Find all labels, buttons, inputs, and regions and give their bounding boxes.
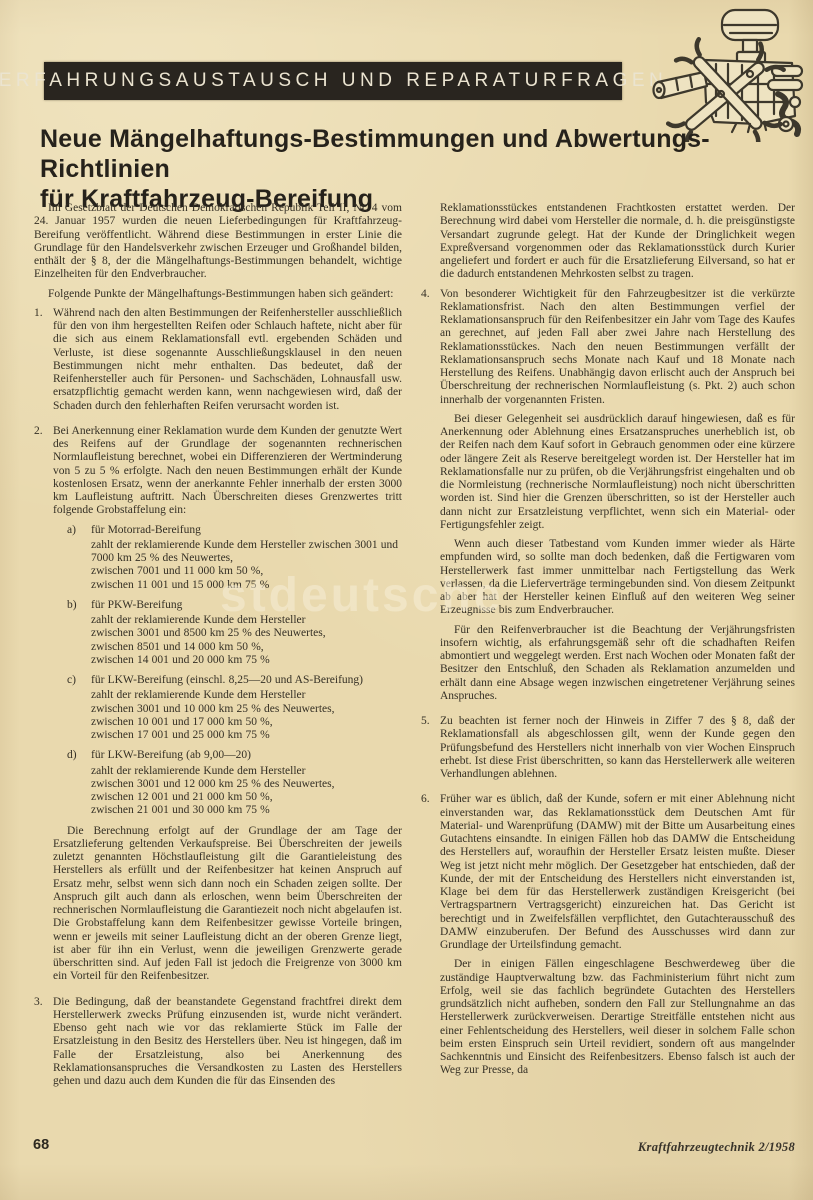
sub-item-a-body: für Motorrad-Bereifung zahlt der reklami… [91, 524, 402, 592]
list-number-5: 5. [421, 715, 440, 787]
list-item-2-body: Bei Anerkennung einer Reklamation wurde … [53, 425, 402, 990]
consumer-paragraph: Für den Reifenverbraucher ist die Beacht… [440, 624, 795, 704]
sub-item-a: a) für Motorrad-Bereifung zahlt der rekl… [67, 524, 402, 592]
list-item-1: 1. Während nach den alten Bestimmungen d… [34, 307, 402, 419]
list-item-3-body: Die Bedingung, daß der beanstandete Gege… [53, 996, 402, 1095]
sub-item-b: b) für PKW-Bereifung zahlt der reklamier… [67, 599, 402, 667]
list-item-4: 4. Von besonderer Wichtigkeit für den Fa… [421, 288, 795, 710]
tariff-line: zahlt der reklamierende Kunde dem Herste… [91, 765, 402, 778]
calculation-paragraph: Die Berechnung erfolgt auf der Grundlage… [53, 825, 402, 984]
section-banner: ERFAHRUNGSAUSTAUSCH UND REPARATURFRAGEN [44, 62, 622, 100]
article-title: Neue Mängelhaftungs-Bestimmungen und Abw… [40, 124, 740, 214]
tariff-line: zwischen 12 001 und 21 000 km 50 %, [91, 791, 402, 804]
sub-item-c: c) für LKW-Bereifung (einschl. 8,25—20 u… [67, 674, 402, 742]
tariff-line: zwischen 3001 und 10 000 km 25 % des Neu… [91, 703, 402, 716]
tariff-line: zwischen 11 001 und 15 000 km 75 % [91, 579, 402, 592]
complaint-route-paragraph: Der in einigen Fällen eingeschlagene Bes… [440, 958, 795, 1077]
sub-item-d: d) für LKW-Bereifung (ab 9,00—20) zahlt … [67, 749, 402, 817]
sub-item-c-body: für LKW-Bereifung (einschl. 8,25—20 und … [91, 674, 402, 742]
sub-item-d-body: für LKW-Bereifung (ab 9,00—20) zahlt der… [91, 749, 402, 817]
continuation-paragraph: Reklamationsstückes entstandenen Frachtk… [440, 202, 795, 282]
list-number-6: 6. [421, 793, 440, 1083]
sub-item-d-label: d) [67, 749, 91, 817]
list-item-1-body: Während nach den alten Bestimmungen der … [53, 307, 402, 419]
occasion-paragraph: Bei dieser Gelegenheit sei ausdrücklich … [440, 413, 795, 532]
list-item-4-text: Von besonderer Wichtigkeit für den Fahrz… [440, 288, 795, 407]
tariff-line: zwischen 7001 und 11 000 km 50 %, [91, 565, 402, 578]
list-item-3-text: Die Bedingung, daß der beanstandete Gege… [53, 996, 402, 1089]
tariff-line: zwischen 10 001 und 17 000 km 50 %, [91, 716, 402, 729]
changed-points-paragraph: Folgende Punkte der Mängelhaftungs-Besti… [34, 288, 402, 301]
intro-paragraph: Im Gesetzblatt der Deutschen Demokratisc… [34, 202, 402, 282]
list-item-2: 2. Bei Anerkennung einer Reklamation wur… [34, 425, 402, 990]
list-item-1-text: Während nach den alten Bestimmungen der … [53, 307, 402, 413]
tariff-line: zwischen 3001 und 8500 km 25 % des Neuwe… [91, 627, 402, 640]
journal-footer: Kraftfahrzeugtechnik 2/1958 [638, 1140, 795, 1155]
sub-item-c-label: c) [67, 674, 91, 742]
left-column: Im Gesetzblatt der Deutschen Demokratisc… [34, 202, 402, 1150]
hardship-paragraph: Wenn auch dieser Tatbestand vom Kunden i… [440, 538, 795, 618]
right-column: Reklamationsstückes entstandenen Frachtk… [421, 202, 795, 1150]
tariff-line: zwischen 21 001 und 30 000 km 75 % [91, 804, 402, 817]
list-number-2: 2. [34, 425, 53, 990]
sub-item-b-heading: für PKW-Bereifung [91, 599, 402, 612]
list-item-6-text: Früher war es üblich, daß der Kunde, sof… [440, 793, 795, 952]
section-banner-text: ERFAHRUNGSAUSTAUSCH UND REPARATURFRAGEN [0, 70, 667, 92]
article-title-line1: Neue Mängelhaftungs-Bestimmungen und Abw… [40, 124, 740, 184]
sub-item-d-heading: für LKW-Bereifung (ab 9,00—20) [91, 749, 402, 762]
list-item-4-body: Von besonderer Wichtigkeit für den Fahrz… [440, 288, 795, 710]
sub-item-b-label: b) [67, 599, 91, 667]
page-number: 68 [33, 1137, 49, 1153]
list-item-6-body: Früher war es üblich, daß der Kunde, sof… [440, 793, 795, 1083]
tariff-line: zahlt der reklamierende Kunde dem Herste… [91, 539, 402, 566]
list-number-4: 4. [421, 288, 440, 710]
tariff-line: zwischen 3001 und 12 000 km 25 % des Neu… [91, 778, 402, 791]
list-item-2-text: Bei Anerkennung einer Reklamation wurde … [53, 425, 402, 518]
tariff-line: zwischen 8501 und 14 000 km 50 %, [91, 641, 402, 654]
sub-item-c-heading: für LKW-Bereifung (einschl. 8,25—20 und … [91, 674, 402, 687]
sub-item-b-body: für PKW-Bereifung zahlt der reklamierend… [91, 599, 402, 667]
sub-item-a-label: a) [67, 524, 91, 592]
tariff-line: zahlt der reklamierende Kunde dem Herste… [91, 689, 402, 702]
list-item-3: 3. Die Bedingung, daß der beanstandete G… [34, 996, 402, 1095]
engine-icon [646, 6, 810, 142]
engine-with-crossed-wrenches-illustration [646, 6, 810, 142]
list-item-5-body: Zu beachten ist ferner noch der Hinweis … [440, 715, 795, 787]
tariff-line: zwischen 14 001 und 20 000 km 75 % [91, 654, 402, 667]
list-item-5: 5. Zu beachten ist ferner noch der Hinwe… [421, 715, 795, 787]
tariff-line: zahlt der reklamierende Kunde dem Herste… [91, 614, 402, 627]
list-number-3: 3. [34, 996, 53, 1095]
sub-item-a-heading: für Motorrad-Bereifung [91, 524, 402, 537]
list-item-5-text: Zu beachten ist ferner noch der Hinweis … [440, 715, 795, 781]
tariff-line: zwischen 17 001 und 25 000 km 75 % [91, 729, 402, 742]
list-number-1: 1. [34, 307, 53, 419]
magazine-page-scan: ERFAHRUNGSAUSTAUSCH UND REPARATURFRAGEN [0, 0, 813, 1200]
list-item-6: 6. Früher war es üblich, daß der Kunde, … [421, 793, 795, 1083]
